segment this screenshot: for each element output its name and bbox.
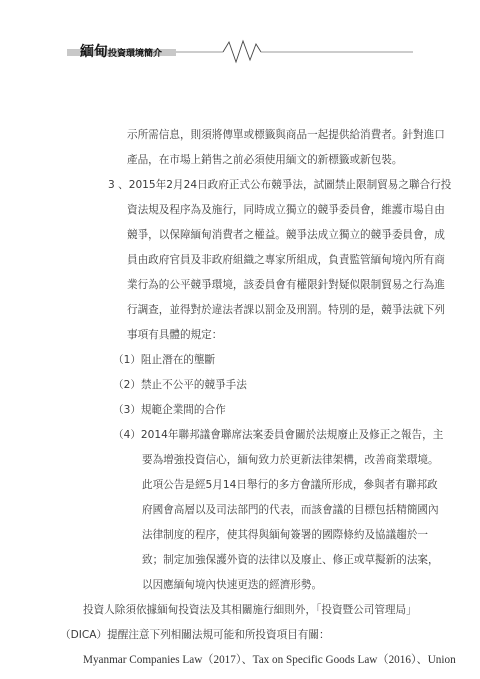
text-line-1: 示所需信息，則須將傳單或標籤與商品一起提供給消費者。針對進口 — [127, 128, 445, 142]
sub-item-4-line-3: 此項公告是經5月14日舉行的多方會議所形成，參與者有聯邦政 — [142, 478, 438, 492]
item-3-line-5: 業行為的公平競爭環境，該委員會有權限針對疑似限制貿易之行為進 — [127, 278, 445, 292]
item-3-line-6: 行調查，並得對於違法者課以罰金及刑罰。特別的是，競爭法就下列 — [127, 303, 445, 317]
sub-item-4-line-2: 要為增強投資信心，緬甸致力於更新法律架構，改善商業環境。 — [142, 453, 439, 467]
header-zigzag-rule — [67, 38, 413, 68]
sub-item-2: （2）禁止不公平的競爭手法 — [113, 378, 247, 392]
sub-item-4-line-4: 府國會高層以及司法部門的代表，而該會議的目標包括精簡國內 — [142, 503, 439, 517]
sub-item-4-line-7: 以因應緬甸境內快速更迭的經濟形勢。 — [142, 578, 322, 592]
item-3-line-7: 事項有具體的規定： — [127, 328, 222, 342]
sub-item-4-line-6: 致；制定加強保護外資的法律以及廢止、修正或草擬新的法案， — [142, 553, 439, 567]
sub-item-4-line-1: （4）2014年聯邦議會聯席法案委員會關於法規廢止及修正之報告，主 — [113, 428, 443, 442]
sub-item-1: （1）阻止潛在的壟斷 — [113, 353, 215, 367]
investor-para-1: 投資人除須依據緬甸投資法及其相關施行細則外，「投資暨公司管理局」 — [83, 603, 417, 617]
investor-para-2: （DICA）提醒注意下列相關法規可能和所投資項目有關： — [60, 628, 330, 642]
sub-item-4-line-5: 法律制度的程序，使其得與緬甸簽署的國際條約及協議趨於一 — [142, 528, 428, 542]
item-3-line-2: 資法規及程序為及施行，同時成立獨立的競爭委員會，維護市場自由 — [127, 203, 445, 217]
item-3-line-3: 競爭，以保障緬甸消費者之權益。競爭法成立獨立的競爭委員會，成 — [127, 228, 445, 242]
item-3-line-4: 員由政府官員及非政府組織之專家所組成，負責監管緬甸境內所有商 — [127, 253, 445, 267]
text-line-2: 產品，在市場上銷售之前必須使用緬文的新標籤或新包裝。 — [127, 153, 402, 167]
item-3-line-1: 3 、2015年2月24日政府正式公布競爭法，試圖禁止限制貿易之聯合行投 — [108, 178, 451, 192]
laws-line-1: Myanmar Companies Law（2017）、Tax on Speci… — [83, 653, 456, 667]
sub-item-3: （3）規範企業間的合作 — [113, 403, 226, 417]
